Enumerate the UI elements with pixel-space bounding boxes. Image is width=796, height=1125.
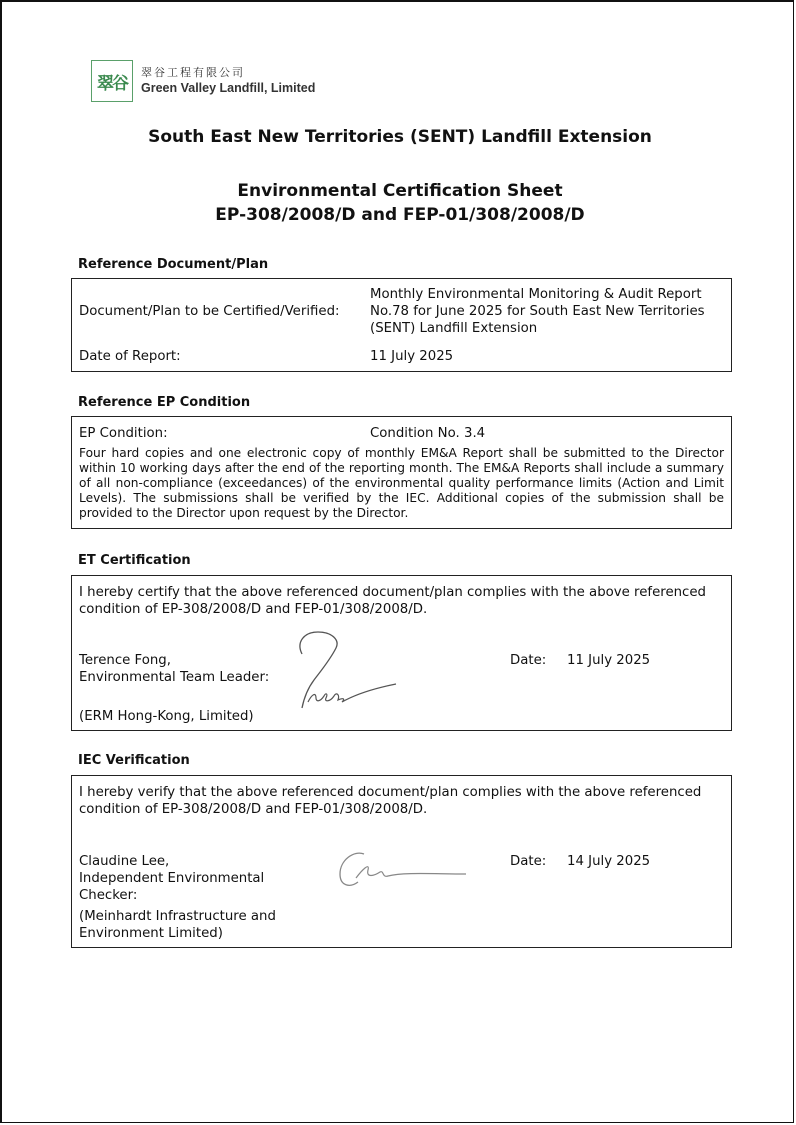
statement-line: I hereby certify that the above referenc… xyxy=(79,584,706,601)
iec-signatory: Claudine Lee, Independent Environmental … xyxy=(79,853,264,904)
et-signatory: Terence Fong, Environmental Team Leader: xyxy=(79,652,269,686)
company-logo: 翠谷 翠谷工程有限公司 Green Valley Landfill, Limit… xyxy=(91,60,315,102)
iec-signature-icon xyxy=(334,848,474,893)
statement-line: condition of EP-308/2008/D and FEP-01/30… xyxy=(79,601,706,618)
document-label: Document/Plan to be Certified/Verified: xyxy=(79,303,340,320)
sheet-title: Environmental Certification Sheet EP-308… xyxy=(2,179,796,227)
et-certification-box: I hereby certify that the above referenc… xyxy=(71,575,732,731)
document-page: 翠谷 翠谷工程有限公司 Green Valley Landfill, Limit… xyxy=(0,0,794,1123)
company-name-chinese: 翠谷工程有限公司 xyxy=(141,66,315,80)
section-heading-reference-document: Reference Document/Plan xyxy=(78,257,268,272)
iec-signatory-role: Checker: xyxy=(79,887,264,904)
iec-company-line: (Meinhardt Infrastructure and xyxy=(79,908,276,925)
project-title: South East New Territories (SENT) Landfi… xyxy=(2,127,796,147)
iec-date-value: 14 July 2025 xyxy=(567,853,650,870)
document-value-line: No.78 for June 2025 for South East New T… xyxy=(370,303,705,320)
iec-signatory-role: Independent Environmental xyxy=(79,870,264,887)
statement-line: I hereby verify that the above reference… xyxy=(79,784,701,801)
et-signatory-role: Environmental Team Leader: xyxy=(79,669,269,686)
ep-condition-label: EP Condition: xyxy=(79,425,168,442)
et-date-label: Date: xyxy=(510,652,546,669)
et-statement: I hereby certify that the above referenc… xyxy=(79,584,706,618)
iec-statement: I hereby verify that the above reference… xyxy=(79,784,701,818)
iec-company-line: Environment Limited) xyxy=(79,925,276,942)
logo-mark-icon: 翠谷 xyxy=(91,60,133,102)
et-date-value: 11 July 2025 xyxy=(567,652,650,669)
et-company: (ERM Hong-Kong, Limited) xyxy=(79,708,254,725)
section-heading-et-certification: ET Certification xyxy=(78,553,191,568)
iec-verification-box: I hereby verify that the above reference… xyxy=(71,775,732,948)
et-signatory-name: Terence Fong, xyxy=(79,652,269,669)
section-heading-ep-condition: Reference EP Condition xyxy=(78,395,250,410)
iec-signatory-name: Claudine Lee, xyxy=(79,853,264,870)
ep-condition-text: Four hard copies and one electronic copy… xyxy=(79,446,724,521)
ep-condition-box: EP Condition: Condition No. 3.4 Four har… xyxy=(71,416,732,529)
date-of-report-label: Date of Report: xyxy=(79,348,181,365)
reference-document-box: Document/Plan to be Certified/Verified: … xyxy=(71,278,732,372)
company-name-english: Green Valley Landfill, Limited xyxy=(141,80,315,96)
document-value-line: Monthly Environmental Monitoring & Audit… xyxy=(370,286,705,303)
date-of-report-value: 11 July 2025 xyxy=(370,348,453,365)
permit-numbers: EP-308/2008/D and FEP-01/308/2008/D xyxy=(2,203,796,227)
document-value: Monthly Environmental Monitoring & Audit… xyxy=(370,286,705,337)
ep-condition-value: Condition No. 3.4 xyxy=(370,425,485,442)
iec-date-label: Date: xyxy=(510,853,546,870)
iec-company: (Meinhardt Infrastructure and Environmen… xyxy=(79,908,276,942)
statement-line: condition of EP-308/2008/D and FEP-01/30… xyxy=(79,801,701,818)
sheet-name: Environmental Certification Sheet xyxy=(2,179,796,203)
section-heading-iec-verification: IEC Verification xyxy=(78,753,190,768)
et-signature-icon xyxy=(290,628,400,713)
document-value-line: (SENT) Landfill Extension xyxy=(370,320,705,337)
